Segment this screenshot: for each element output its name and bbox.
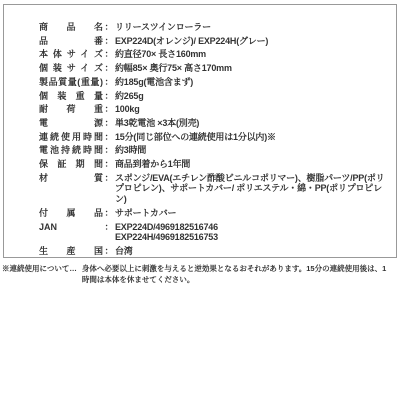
spec-row-value: 約直径70× 長さ160mm bbox=[115, 49, 390, 60]
spec-row-label: 耐荷重 bbox=[39, 104, 103, 115]
spec-row-value: 約265g bbox=[115, 91, 390, 102]
spec-row: 耐荷重 ： 100kg bbox=[39, 104, 390, 115]
usage-note-label: ※連続使用について… bbox=[2, 263, 77, 274]
spec-row-value: 約185g(電池含まず) bbox=[115, 77, 390, 88]
spec-row-colon: ： bbox=[103, 145, 115, 156]
product-spec-image: { "colors": { "background": "#ffffff", "… bbox=[0, 0, 400, 400]
spec-row-value: サポートカバー bbox=[115, 208, 390, 219]
spec-row-colon: ： bbox=[103, 208, 115, 219]
spec-row-value: EXP224D/4969182516746 EXP224H/4969182516… bbox=[115, 222, 390, 243]
spec-row-colon: ： bbox=[103, 173, 115, 184]
spec-row-value: EXP224D(オレンジ)/ EXP224H(グレー) bbox=[115, 36, 390, 47]
spec-row: 電源 ： 単3乾電池 ×3本(別売) bbox=[39, 118, 390, 129]
spec-row-label: 保証期間 bbox=[39, 159, 103, 170]
spec-row: 商品名 ： リリースツインローラー bbox=[39, 22, 390, 33]
spec-row-label: 個装重量 bbox=[39, 91, 103, 102]
spec-row: 個装重量 ： 約265g bbox=[39, 91, 390, 102]
spec-row-colon: ： bbox=[103, 159, 115, 170]
spec-row-colon: ： bbox=[103, 49, 115, 60]
spec-table: 商品名 ： リリースツインローラー 品番 ： EXP224D(オレンジ)/ EX… bbox=[3, 4, 397, 258]
spec-row-label: 商品名 bbox=[39, 22, 103, 33]
spec-row-colon: ： bbox=[103, 132, 115, 143]
spec-row-colon: ： bbox=[103, 77, 115, 88]
spec-row-value: 単3乾電池 ×3本(別売) bbox=[115, 118, 390, 129]
spec-row-value: 約3時間 bbox=[115, 145, 390, 156]
spec-row: 保証期間 ： 商品到着から1年間 bbox=[39, 159, 390, 170]
spec-row-label: 電源 bbox=[39, 118, 103, 129]
spec-row: 材質 ： スポンジ/EVA(エチレン酢酸ビニルコポリマー)、樹脂パーツ/PP(ポ… bbox=[39, 173, 390, 205]
spec-row: 本体サイズ ： 約直径70× 長さ160mm bbox=[39, 49, 390, 60]
spec-row-value: 約幅85× 奥行75× 高さ170mm bbox=[115, 63, 390, 74]
spec-row-colon: ： bbox=[103, 22, 115, 33]
spec-row-label: 電池持続時間 bbox=[39, 145, 103, 156]
spec-row-colon: ： bbox=[103, 222, 115, 233]
spec-row-colon: ： bbox=[103, 118, 115, 129]
spec-row-label: 生産国 bbox=[39, 246, 103, 257]
spec-row: 製品質量(重量) ： 約185g(電池含まず) bbox=[39, 77, 390, 88]
spec-row-label: 付属品 bbox=[39, 208, 103, 219]
spec-row-label: 本体サイズ bbox=[39, 49, 103, 60]
spec-row-label: JAN bbox=[39, 222, 103, 233]
spec-row-value: リリースツインローラー bbox=[115, 22, 390, 33]
spec-row-colon: ： bbox=[103, 246, 115, 257]
spec-row: 個装サイズ ： 約幅85× 奥行75× 高さ170mm bbox=[39, 63, 390, 74]
spec-row: 連続使用時間 ： 15分(同じ部位への連続使用は1分以内)※ bbox=[39, 132, 390, 143]
spec-row: 電池持続時間 ： 約3時間 bbox=[39, 145, 390, 156]
spec-row-label: 材質 bbox=[39, 173, 103, 184]
usage-note-text: 身体へ必要以上に刺激を与えると逆効果となるおそれがあります。15分の連続使用後は… bbox=[82, 263, 390, 285]
spec-row-colon: ： bbox=[103, 63, 115, 74]
spec-row: 生産国 ： 台湾 bbox=[39, 246, 390, 257]
spec-row-value: スポンジ/EVA(エチレン酢酸ビニルコポリマー)、樹脂パーツ/PP(ポリプロピレ… bbox=[115, 173, 390, 205]
usage-note: ※連続使用について… 身体へ必要以上に刺激を与えると逆効果となるおそれがあります… bbox=[2, 263, 390, 285]
spec-row-colon: ： bbox=[103, 104, 115, 115]
spec-row: 品番 ： EXP224D(オレンジ)/ EXP224H(グレー) bbox=[39, 36, 390, 47]
spec-row-value: 商品到着から1年間 bbox=[115, 159, 390, 170]
spec-row-value: 台湾 bbox=[115, 246, 390, 257]
spec-row: JAN ： EXP224D/4969182516746 EXP224H/4969… bbox=[39, 222, 390, 243]
spec-row: 付属品 ： サポートカバー bbox=[39, 208, 390, 219]
spec-row-value: 15分(同じ部位への連続使用は1分以内)※ bbox=[115, 132, 390, 143]
spec-row-value: 100kg bbox=[115, 104, 390, 115]
spec-row-label: 製品質量(重量) bbox=[39, 77, 103, 88]
spec-row-colon: ： bbox=[103, 36, 115, 47]
spec-row-label: 品番 bbox=[39, 36, 103, 47]
spec-row-label: 連続使用時間 bbox=[39, 132, 103, 143]
spec-row-label: 個装サイズ bbox=[39, 63, 103, 74]
spec-row-colon: ： bbox=[103, 91, 115, 102]
